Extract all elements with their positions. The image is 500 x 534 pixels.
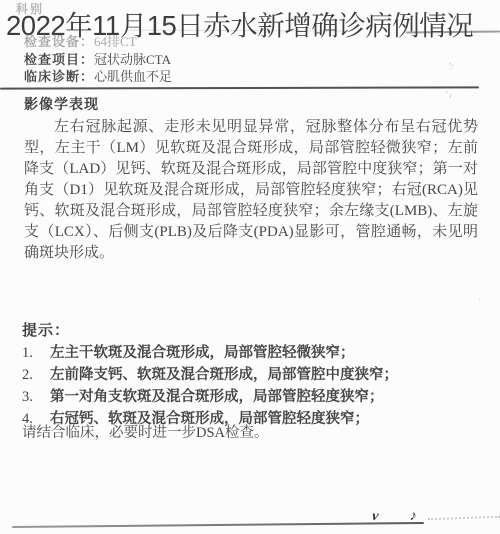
findings-heading: 影像学表现 xyxy=(24,94,99,114)
findings-paragraph: 左右冠脉起源、走形未见明显异常，冠脉整体分布呈右冠优势型，左主干（LM）见软斑及… xyxy=(24,117,478,264)
field-exam-item-value: 冠状动脉CTA xyxy=(94,52,171,67)
impression-item-number: 3. xyxy=(22,386,50,408)
scan-smudge: ٬٫ xyxy=(445,89,452,99)
section-divider-line xyxy=(0,86,479,89)
impression-item: 3.第一对角支软斑及混合斑形成，局部管腔轻度狭窄； xyxy=(22,386,482,408)
impression-item-number: 1. xyxy=(22,342,50,364)
impression-item: 1.左主干软斑及混合斑形成，局部管腔轻微狭窄； xyxy=(22,342,482,364)
field-clinical-diagnosis-label: 临床诊断： xyxy=(24,69,94,84)
closing-note: 请结合临床，必要时进一步DSA检查。 xyxy=(22,421,269,442)
scan-smudge: ؛٬ xyxy=(447,61,455,71)
impression-item: 2.左前降支钙、软斑及混合斑形成，局部管腔中度狭窄； xyxy=(22,364,482,386)
impression-item-text: 第一对角支软斑及混合斑形成，局部管腔轻度狭窄； xyxy=(50,389,384,405)
scanned-report-page: 科别 ؛٬ ٬٫ ·· · 2022年11月15日赤水新增确诊病例情况 检查设备… xyxy=(0,0,500,534)
footer-divider-line-faint xyxy=(428,516,500,521)
field-device-value: 64排CT xyxy=(94,34,137,49)
impression-item-text: 左主干软斑及混合斑形成，局部管腔轻微狭窄； xyxy=(50,345,355,361)
scan-smudge: · xyxy=(478,295,482,304)
field-exam-item-label: 检查项目： xyxy=(24,52,94,67)
impression-list: 1.左主干软斑及混合斑形成，局部管腔轻微狭窄； 2.左前降支钙、软斑及混合斑形成… xyxy=(22,342,482,430)
footer-divider-line xyxy=(12,522,424,528)
report-header-fields: 检查设备：64排CT 检查项目：冠状动脉CTA 临床诊断：心肌供血不足 xyxy=(24,33,172,86)
field-clinical-diagnosis-value: 心肌供血不足 xyxy=(94,69,172,84)
field-device: 检查设备：64排CT xyxy=(24,33,172,51)
field-exam-item: 检查项目：冠状动脉CTA xyxy=(24,51,172,69)
impression-heading: 提示： xyxy=(22,319,70,340)
field-device-label: 检查设备： xyxy=(24,34,94,49)
handwriting-marks: ν ♪ xyxy=(371,509,432,525)
impression-item-text: 左前降支钙、软斑及混合斑形成，局部管腔中度狭窄； xyxy=(50,367,398,383)
field-clinical-diagnosis: 临床诊断：心肌供血不足 xyxy=(24,68,172,86)
impression-item-number: 2. xyxy=(22,364,50,386)
